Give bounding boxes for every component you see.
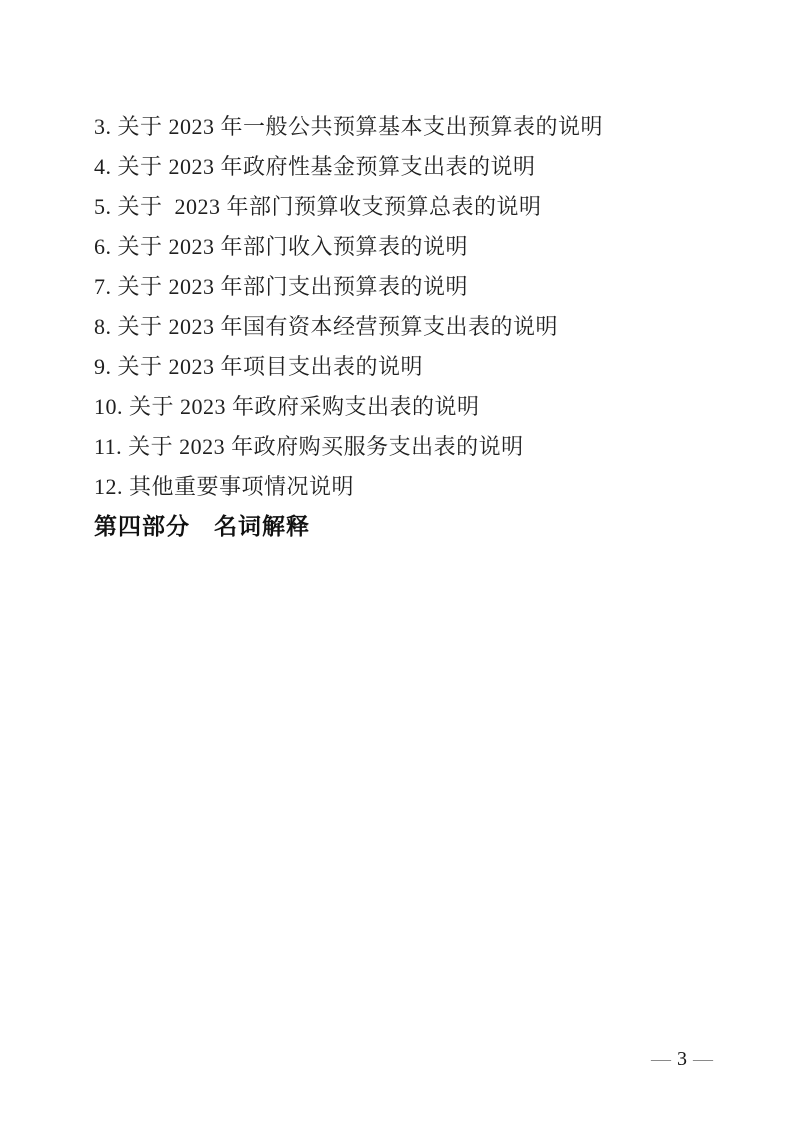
document-page: 3. 关于 2023 年一般公共预算基本支出预算表的说明 4. 关于 2023 … (0, 0, 793, 1122)
page-number-footer: —3— (651, 1048, 713, 1070)
toc-item: 5. 关于 2023 年部门预算收支预算总表的说明 (94, 187, 733, 227)
toc-item: 6. 关于 2023 年部门收入预算表的说明 (94, 227, 733, 267)
footer-left-dash: — (651, 1048, 671, 1070)
toc-item: 9. 关于 2023 年项目支出表的说明 (94, 347, 733, 387)
toc-item: 4. 关于 2023 年政府性基金预算支出表的说明 (94, 147, 733, 187)
toc-item: 12. 其他重要事项情况说明 (94, 467, 733, 507)
toc-item: 10. 关于 2023 年政府采购支出表的说明 (94, 387, 733, 427)
footer-right-dash: — (693, 1048, 713, 1070)
toc-item: 3. 关于 2023 年一般公共预算基本支出预算表的说明 (94, 107, 733, 147)
toc-item: 11. 关于 2023 年政府购买服务支出表的说明 (94, 427, 733, 467)
footer-page-number: 3 (671, 1048, 693, 1070)
toc-item: 8. 关于 2023 年国有资本经营预算支出表的说明 (94, 307, 733, 347)
toc-content: 3. 关于 2023 年一般公共预算基本支出预算表的说明 4. 关于 2023 … (94, 107, 733, 547)
toc-item: 7. 关于 2023 年部门支出预算表的说明 (94, 267, 733, 307)
section-heading: 第四部分 名词解释 (94, 507, 733, 547)
